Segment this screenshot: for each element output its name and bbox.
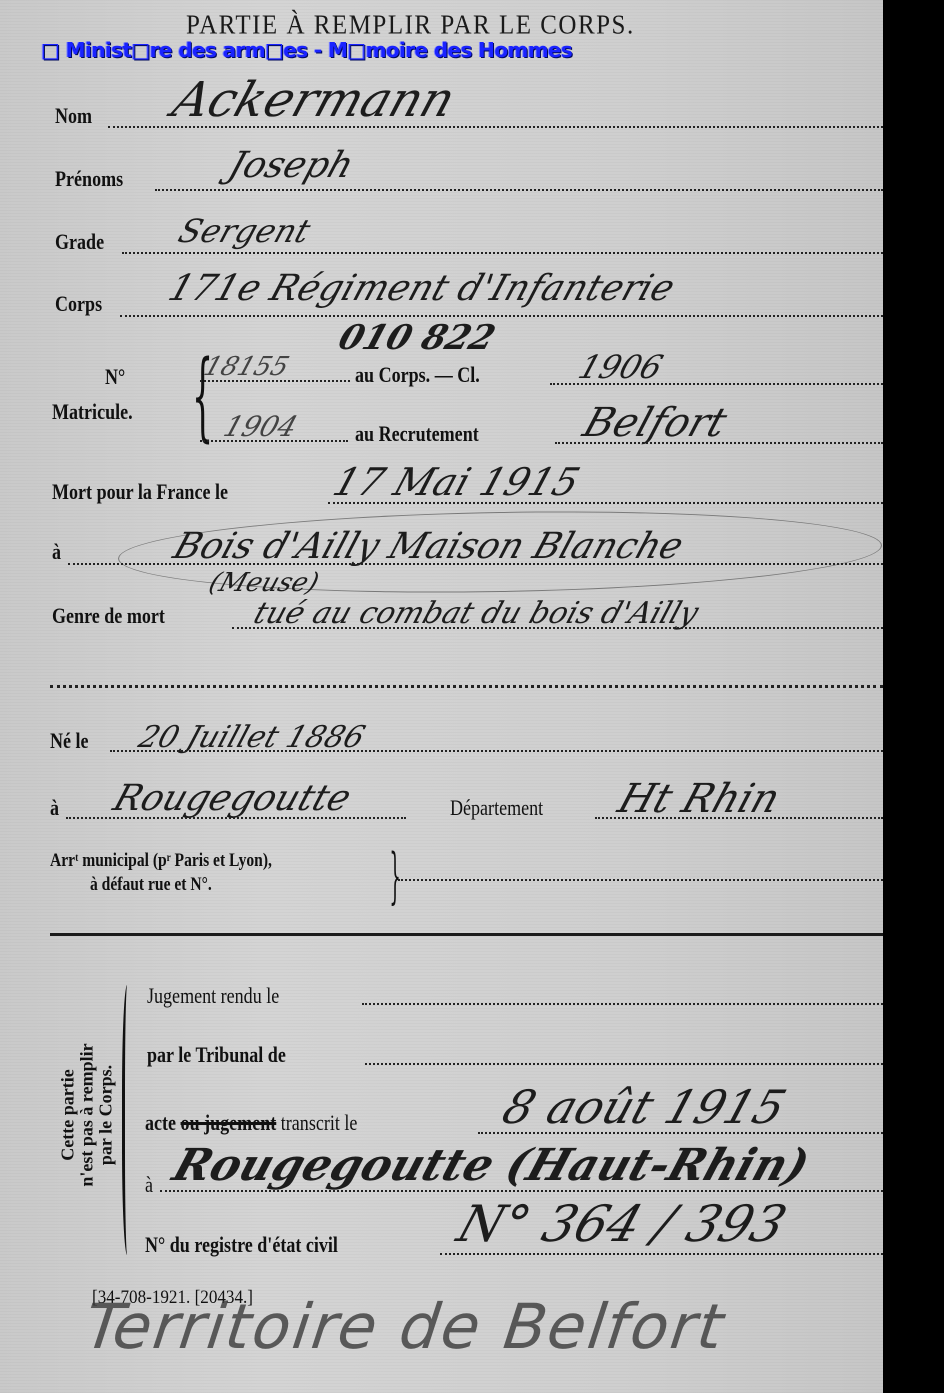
grade-value: Sergent: [174, 212, 315, 250]
blank-dotted-line: [50, 685, 883, 688]
prenoms-label: Prénoms: [55, 166, 123, 192]
classe-value: 1906: [574, 348, 668, 386]
corps-value: 171e Régiment d'Infanterie: [163, 268, 679, 309]
mort-date-value: 17 Mai 1915: [328, 460, 585, 504]
arrondissement-dotted-line: [398, 879, 883, 881]
matricule-label-no: N°: [105, 364, 125, 390]
recrutement-number-value: 1904: [220, 410, 302, 443]
grade-dotted-line: [122, 252, 883, 254]
departement-label: Département: [450, 795, 543, 821]
corps-number-value: 18155: [200, 352, 292, 382]
side-note-line3: par le Corps.: [97, 1043, 116, 1186]
corps-dotted-line: [120, 315, 883, 317]
recrutement-value: Belfort: [578, 400, 733, 446]
scan-border: [883, 0, 944, 1393]
arrondissement-label-line1: Arrᵗ municipal (pʳ Paris et Lyon),: [50, 850, 272, 872]
au-corps-label: au Corps. — Cl.: [355, 362, 480, 388]
struck-jugement-text: ou jugement: [181, 1110, 277, 1135]
matricule-correction: 010 822: [334, 318, 501, 358]
grade-label: Grade: [55, 229, 104, 255]
jugement-label: Jugement rendu le: [147, 983, 279, 1009]
ne-le-label: Né le: [50, 728, 89, 754]
jugement-dotted-line: [362, 1003, 883, 1005]
ne-le-value: 20 Juillet 1886: [134, 720, 369, 755]
prenoms-dotted-line: [155, 189, 883, 191]
pencil-annotation: Territoire de Belfort: [73, 1290, 737, 1363]
genre-mort-label: Genre de mort: [52, 603, 165, 629]
nom-label: Nom: [55, 103, 92, 129]
acte-label: acte ou jugement transcrit le: [145, 1110, 357, 1136]
civil-section-brace: [122, 985, 135, 1255]
watermark: □ Minist□re des arm□es - M□moire des Hom…: [41, 38, 572, 62]
au-recrutement-label: au Recrutement: [355, 421, 479, 447]
transcrit-text: transcrit le: [281, 1110, 358, 1135]
registre-value: N° 364 / 393: [451, 1195, 794, 1253]
registre-label: N° du registre d'état civil: [145, 1232, 338, 1258]
acte-value: 8 août 1915: [496, 1080, 792, 1134]
acte-lieu-label: à: [145, 1172, 153, 1198]
prenoms-value: Joseph: [223, 145, 358, 186]
genre-mort-value: tué au combat du bois d'Ailly: [249, 596, 702, 631]
registre-dotted-line: [440, 1253, 883, 1255]
section-divider: [50, 933, 883, 936]
acte-text: acte: [145, 1110, 176, 1135]
tribunal-dotted-line: [365, 1063, 883, 1065]
mort-date-label: Mort pour la France le: [52, 479, 228, 505]
side-note: Cette partie n'est pas à remplir par le …: [42, 1020, 132, 1210]
ne-lieu-value: Rougegoutte: [108, 778, 356, 819]
mort-lieu-label: à: [52, 539, 61, 565]
nom-value: Ackermann: [166, 72, 462, 128]
side-note-line1: Cette partie: [59, 1043, 78, 1186]
arrondissement-label-line2: à défaut rue et N°.: [90, 874, 212, 896]
acte-lieu-value: Rougegoutte (Haut-Rhin): [167, 1140, 816, 1191]
au-recrutement-text: au Recrutement: [355, 421, 479, 446]
death-record-card: PARTIE À REMPLIR PAR LE CORPS. □ Minist□…: [0, 0, 883, 1393]
matricule-label: Matricule.: [52, 399, 133, 425]
tribunal-label: par le Tribunal de: [147, 1042, 286, 1068]
mort-lieu-value: Bois d'Ailly Maison Blanche: [168, 526, 688, 567]
ne-lieu-label: à: [50, 795, 59, 821]
departement-value: Ht Rhin: [613, 776, 786, 822]
corps-label: Corps: [55, 291, 102, 317]
side-note-line2: n'est pas à remplir: [78, 1043, 97, 1186]
mort-lieu-annotation: (Meuse): [205, 568, 323, 598]
form-title: PARTIE À REMPLIR PAR LE CORPS.: [186, 11, 635, 42]
arrondissement-brace: }: [389, 846, 400, 906]
